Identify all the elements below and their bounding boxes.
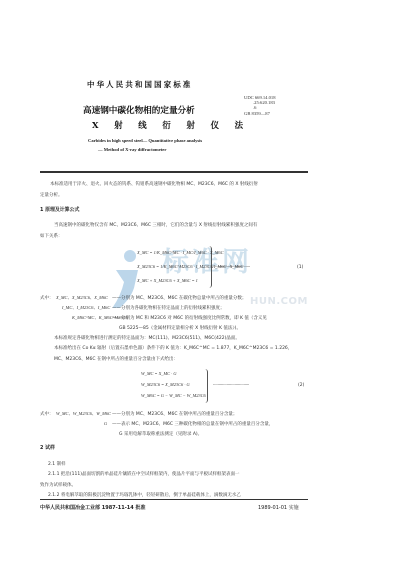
subsection-heading: 2.1 制样	[48, 461, 66, 467]
paragraph: 本标准规定各碳化物相进行测定的特定晶面为：MC(111)、M23C6(511)、…	[54, 335, 240, 341]
def-symbol: W_MC、W_M23C6、W_M6C	[56, 411, 111, 417]
where-label: 式中：	[40, 411, 54, 417]
header-rule	[40, 171, 308, 173]
equation-2: W_MC = X_MC · G W_M23C6 = X_M23C6 · G W_…	[139, 369, 207, 403]
equation-row: W_M6C = G − W_MC − W_M23C6	[141, 393, 206, 398]
equation-number: (2)	[298, 383, 304, 388]
section-heading: 2 试样	[40, 444, 55, 451]
standard-number: GB 8359—87	[244, 111, 276, 116]
footer-rule	[40, 499, 308, 500]
subtitle-zh: X 射 线 衍 射 仪 法	[92, 119, 249, 131]
approval-info: 中华人民共和国冶金工业部 1987-11-14 批准	[40, 504, 145, 511]
def-text: ——表示 MC、M23C6、M6C 三种碳化物相的总量在钢中所占的重量百分含量，	[112, 421, 273, 427]
equation-row: X_MC + X_M23C6 + X_M6C = 1	[137, 278, 198, 283]
title-en: Carbides in high speed steel— Quantitati…	[88, 138, 202, 143]
def-text: ——分别为 MC、M23C6、M6C 在钢中所占的重量百分含量；	[112, 411, 237, 417]
def-symbol: I_MC、I_M23C6、I_M6C	[62, 305, 110, 311]
subtitle-en: — Method of X-ray diffractometer	[98, 147, 166, 152]
paragraph-cont: 如下关系：	[40, 233, 63, 239]
equation-row: W_M23C6 = X_M23C6 · G	[141, 382, 190, 387]
def-text-cont: GB 5225—85《金属材料定量相分析 X 射线衍射 K 值法》)。	[119, 325, 241, 331]
def-symbol: G	[104, 421, 107, 426]
paragraph: 2.1.2 将电解萃取的阳极沉淀物置于玛瑙乳钵中，轻轻研散后，倒于单晶硅载体上，…	[48, 492, 241, 498]
paragraph: 本标准给出在 Co Kα 辐射（后置石墨单色器）条件下的 K 值为：K_M6C^…	[54, 345, 292, 351]
equation-1: X_MC = 1/K_M6C^MC · I_MC/I_M6C · X_M6C X…	[135, 246, 211, 288]
watermark-url: HUN.COM	[250, 296, 308, 307]
paragraph: MC、M23C6、M6C 在钢中所占的重量百分含量由下式给出：	[54, 356, 178, 362]
def-symbol: X_MC、X_M23C6、X_M6C	[56, 295, 108, 301]
def-text: ——分别为 MC、M23C6、M6C 在碳化物总量中所占的重量分数；	[112, 295, 246, 301]
where-label: 式中：	[40, 295, 54, 301]
scope-paragraph-cont: 定量分析。	[40, 192, 63, 198]
def-text: ——分别为 MC 和 M23C6 对 M6C 的衍射线强度比例常数，即 K 值（…	[112, 315, 267, 321]
equation-leader: ·······························	[215, 265, 250, 270]
paragraph: 2.1.1 把沿(111)晶面切割的单晶硅片镶嵌在中空试样框架内，使晶片平面与平…	[48, 471, 239, 477]
scope-paragraph: 本标准适用于淬火、退火、回火态的钨系、钨钼系高速钢中碳化物相 MC、M23C6、…	[50, 181, 258, 187]
equation-row: W_MC = X_MC · G	[141, 371, 177, 376]
equation-number: (1)	[297, 265, 303, 270]
section-heading: 1 原理及计算公式	[40, 206, 79, 213]
paragraph-cont: 致作为试样载体。	[40, 482, 76, 488]
issuing-authority: 中华人民共和国国家标准	[87, 79, 193, 90]
udc-block: UDC 669.14.018 .25:620.183 .6 GB 8359—87	[244, 95, 276, 116]
effective-date: 1989-01-01 实施	[258, 504, 299, 511]
def-text-cont: G 采用电解萃取称重法测定（见附录 A)。	[119, 431, 202, 437]
def-text: ——分别为各碳化物相在特定晶面上的衍射线累积强度；	[112, 305, 225, 311]
equation-row: X_MC = 1/K_M6C^MC · I_MC/I_M6C · X_M6C	[137, 250, 224, 255]
equation-leader: ································	[213, 383, 249, 388]
title-zh: 高速钢中碳化物相的定量分析	[83, 104, 195, 116]
paragraph: 当高速钢中的碳化物仅含有 MC、M23C6、M6C 三相时，它们的含量与 X 射…	[54, 222, 257, 228]
